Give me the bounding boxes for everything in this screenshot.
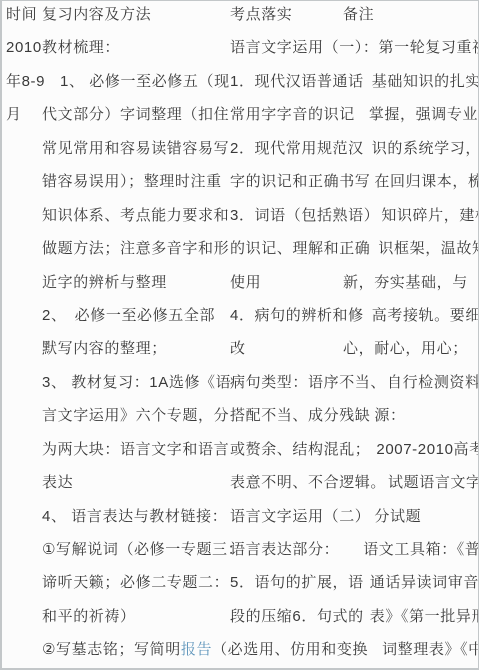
notes-cell: 知识碎片，建构知 (381, 207, 479, 224)
notes-cell: 试题语言文字部 (388, 474, 479, 491)
notes-cell: 识的系统学习，重 (372, 140, 479, 157)
table-row: 默写内容的整理； 改 心，耐心，用心； (2, 332, 478, 365)
points-cell: 语言表达部分： (230, 541, 339, 558)
content-cell: 4、 语言表达与教材链接： (42, 500, 227, 533)
notes-cell: 第一轮复习重视 (379, 39, 479, 56)
notes-cell: 高考接轨。要细 (372, 307, 479, 324)
notes-cell: 2007-2010高考 (376, 441, 479, 458)
table-row: 谛听天籁；必修二专题二： 5．语句的扩展，语通话异读词审音 (2, 566, 478, 599)
time-cell: 月 (6, 98, 22, 131)
header-content: 复习内容及方法 (42, 0, 151, 31)
table-row: 表达 表意不明、不合逻辑。试题语言文字部 (2, 466, 478, 499)
content-cell: 近字的辨析与整理 (42, 266, 167, 299)
content-cell: ②写墓志铭；写简明报告（必选用、仿用和变换词整理表》《中华 (42, 633, 479, 666)
table-row: 做题方法；注意多音字和形 的识记、理解和正确识框架，温故知 (2, 232, 478, 265)
notes-cell: 表》《第一批异形 (370, 608, 479, 625)
document-page: 时间 复习内容及方法 考点落实 备注 2010 教材梳理： 语言文字运用（一）：… (0, 0, 479, 670)
points-cell: 搭配不当、成分残缺 (230, 407, 370, 424)
content-text: ②写墓志铭；写简明 (42, 641, 181, 658)
points-cell: 2．现代常用规范汉 (230, 140, 364, 157)
points-cell: 常用字字音的识记 (230, 106, 355, 123)
table-row: 4、 语言表达与教材链接： 语言文字运用（二）分试题 (2, 500, 478, 533)
table-row: 3、 教材复习：1A选修《语 病句类型：语序不当、自行检测资料来 (2, 366, 478, 399)
content-cell: 错容易误用）；整理时注重 (42, 165, 222, 198)
time-cell: 年8-9 (6, 65, 45, 98)
points-cell: 3．词语（包括熟语） (230, 207, 379, 224)
notes-cell: 源： (374, 407, 405, 424)
table-row: 近字的辨析与整理 使用 新，夯实基础，与 (2, 266, 478, 299)
points-cell: 字的识记和正确书写 (230, 173, 370, 190)
table-row: ①写解说词（必修一专题三： 语言表达部分：语文工具箱：《普 (2, 533, 478, 566)
notes-cell: 在回归课本，梳理 (374, 173, 479, 190)
notes-cell: 分试题 (374, 508, 421, 525)
notes-cell: 词整理表》《中华 (382, 641, 479, 658)
notes-cell: 识框架，温故知 (378, 240, 479, 257)
points-cell: 或赘余、结构混乱； (230, 441, 370, 458)
table-row: 月 代文部分）字词整理（扣住 常用字字音的识记掌握，强调专业知 (2, 98, 478, 131)
table-row: 错容易误用）；整理时注重 字的识记和正确书写在回归课本，梳理 (2, 165, 478, 198)
table-row: 常见常用和容易读错容易写 2．现代常用规范汉识的系统学习，重 (2, 132, 478, 165)
points-cell: 改 (230, 332, 246, 365)
points-cell: 表意不明、不合逻辑。 (230, 474, 386, 491)
content-cell: 2、 必修一至必修五全部 (42, 299, 215, 332)
content-cell: 教材梳理： (42, 31, 120, 64)
content-cell: 表达 (42, 466, 73, 499)
content-cell: 知识体系、考点能力要求和 (42, 199, 229, 232)
points-cell: 语言文字运用（二） (230, 508, 370, 525)
table-row: 为两大块：语言文字和语言 或赘余、结构混乱；2007-2010高考 (2, 433, 478, 466)
table-row: 2、 必修一至必修五全部 4．病句的辨析和修高考接轨。要细 (2, 299, 478, 332)
content-cell: 代文部分）字词整理（扣住 (42, 98, 229, 131)
report-link[interactable]: 报告 (181, 641, 212, 658)
points-cell: 语言文字运用（一）： (230, 39, 379, 56)
time-cell: 2010 (6, 31, 42, 64)
points-cell: 病句类型：语序不当、 (230, 374, 386, 391)
content-cell: 和平的祈祷） (42, 600, 136, 633)
table-row: 知识体系、考点能力要求和 3．词语（包括熟语）知识碎片，建构知 (2, 199, 478, 232)
content-cell: 为两大块：语言文字和语言 (42, 433, 229, 466)
content-cell: 1、 必修一至必修五（现 (60, 65, 230, 98)
notes-cell: 基础知识的扎实 (372, 73, 479, 90)
content-cell: ①写解说词（必修一专题三： (42, 533, 243, 566)
header-points: 考点落实 (230, 0, 292, 31)
content-cell: 3、 教材复习：1A选修《语 (42, 366, 231, 399)
points-cell: 使用 (230, 266, 261, 299)
notes-cell: 心，耐心，用心； (343, 332, 468, 365)
points-cell: 选用、仿用和变换 (243, 641, 368, 658)
table-row: 言文字运用》六个专题，分 搭配不当、成分残缺源： (2, 399, 478, 432)
notes-cell: 新，夯实基础，与 (343, 266, 468, 299)
points-cell: 5．语句的扩展，语 (230, 574, 364, 591)
content-cell: 常见常用和容易读错容易写 (42, 132, 229, 165)
table-row: 年8-9 1、 必修一至必修五（现 1．现代汉语普通话基础知识的扎实 (2, 65, 478, 98)
notes-cell: 自行检测资料来 (387, 374, 479, 391)
table-row: 2010 教材梳理： 语言文字运用（一）：第一轮复习重视 (2, 31, 478, 64)
header-time: 时间 (6, 0, 37, 31)
content-cell: 言文字运用》六个专题，分 (42, 399, 229, 432)
table: 时间 复习内容及方法 考点落实 备注 2010 教材梳理： 语言文字运用（一）：… (2, 0, 478, 667)
table-row: 和平的祈祷） 段的压缩6．句式的表》《第一批异形 (2, 600, 478, 633)
content-cell: 做题方法；注意多音字和形 (42, 232, 229, 265)
points-cell: 1．现代汉语普通话 (230, 73, 364, 90)
points-cell: 段的压缩6．句式的 (230, 608, 364, 625)
notes-cell: 掌握，强调专业知 (369, 106, 479, 123)
points-cell: 4．病句的辨析和修 (230, 307, 364, 324)
points-cell: 的识记、理解和正确 (230, 240, 370, 257)
header-notes: 备注 (343, 0, 374, 31)
content-cell: 默写内容的整理； (42, 332, 167, 365)
table-row: ②写墓志铭；写简明报告（必选用、仿用和变换词整理表》《中华 (2, 633, 478, 666)
content-text: （必 (212, 641, 243, 658)
content-cell: 谛听天籁；必修二专题二： (42, 566, 229, 599)
notes-cell: 语文工具箱：《普 (363, 541, 479, 558)
notes-cell: 通话异读词审音 (370, 574, 479, 591)
table-header-row: 时间 复习内容及方法 考点落实 备注 (2, 0, 478, 31)
